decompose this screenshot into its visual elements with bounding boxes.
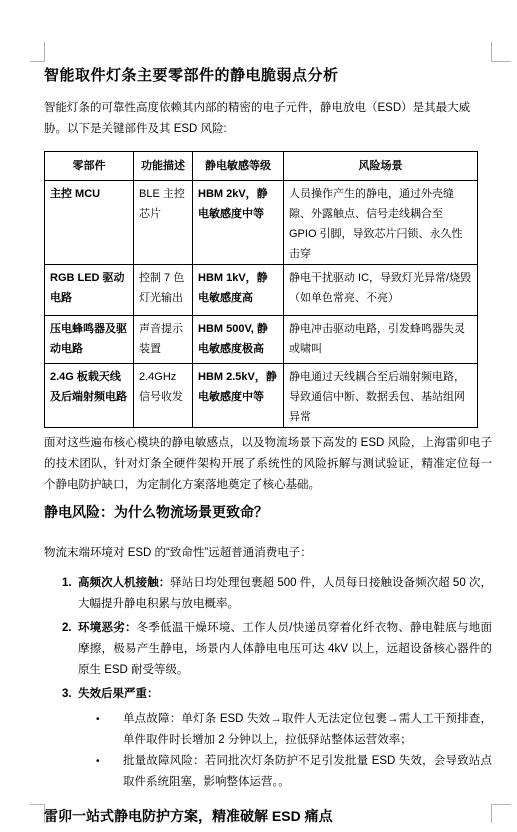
bullet-text: 批量故障风险：若同批次灯条防护不足引发批量 ESD 失效，会导致站点取件系统阻塞… bbox=[123, 751, 492, 793]
list-item: 1. 高频次人机接触：驿站日均处理包裹超 500 件，人员每日接触设备频次超 5… bbox=[44, 573, 492, 615]
bullet-item: • 单点故障：单灯条 ESD 失效→取件人无法定位包裹→需人工干预排查，单件取件… bbox=[44, 709, 492, 751]
header-part: 零部件 bbox=[45, 152, 134, 181]
list-item: 3. 失效后果严重： bbox=[44, 684, 492, 705]
list-item-body: 冬季低温干燥环境、工作人员/快递员穿着化纤衣物、静电鞋底与地面摩擦，极易产生静电… bbox=[78, 622, 492, 676]
bullet-icon: • bbox=[96, 751, 123, 793]
list-item-lead: 高频次人机接触： bbox=[78, 577, 170, 589]
cell-function: 控制 7 色灯光输出 bbox=[134, 265, 193, 316]
cell-sensitivity: HBM 2.5kV，静电敏感度中等 bbox=[193, 364, 284, 428]
list-item-lead: 失效后果严重： bbox=[78, 688, 159, 700]
table-row: RGB LED 驱动电路 控制 7 色灯光输出 HBM 1kV，静电敏感度高 静… bbox=[45, 265, 478, 316]
cell-part: 主控 MCU bbox=[45, 181, 134, 265]
cell-risk: 人员操作产生的静电，通过外壳缝隙、外露触点、信号走线耦合至 GPIO 引脚，导致… bbox=[284, 181, 478, 265]
cell-risk: 静电干扰驱动 IC，导致灯光异常/烧毁（如单色常亮、不亮） bbox=[284, 265, 478, 316]
list-item-number: 3. bbox=[62, 684, 78, 705]
corner-mark-bottom-left bbox=[30, 804, 45, 823]
header-sensitivity: 静电敏感等级 bbox=[193, 152, 284, 181]
cell-function: 2.4GHz 信号收发 bbox=[134, 364, 193, 428]
section-heading-esd-risk: 静电风险：为什么物流场景更致命？ bbox=[44, 502, 492, 522]
document-page: 智能取件灯条主要零部件的静电脆弱点分析 智能灯条的可靠性高度依赖其内部的精密的电… bbox=[0, 0, 517, 832]
cell-risk: 静电冲击驱动电路，引发蜂鸣器失灵或啸叫 bbox=[284, 316, 478, 364]
cell-part: 压电蜂鸣器及驱动电路 bbox=[45, 316, 134, 364]
bullet-item: • 批量故障风险：若同批次灯条防护不足引发批量 ESD 失效，会导致站点取件系统… bbox=[44, 751, 492, 793]
parts-risk-table: 零部件 功能描述 静电敏感等级 风险场景 主控 MCU BLE 主控芯片 HBM… bbox=[44, 151, 478, 428]
section-heading-solution: 雷卯一站式静电防护方案，精准破解 ESD 痛点 bbox=[44, 806, 492, 826]
cell-sensitivity: HBM 2kV，静电敏感度中等 bbox=[193, 181, 284, 265]
header-function: 功能描述 bbox=[134, 152, 193, 181]
corner-mark-bottom-right bbox=[491, 804, 511, 823]
cell-risk: 静电通过天线耦合至后端射频电路，导致通信中断、数据丢包、基站组网异常 bbox=[284, 364, 478, 428]
document-title: 智能取件灯条主要零部件的静电脆弱点分析 bbox=[44, 66, 492, 86]
list-item-text: 失效后果严重： bbox=[78, 684, 492, 705]
corner-mark-top-right bbox=[491, 42, 511, 62]
cell-part: RGB LED 驱动电路 bbox=[45, 265, 134, 316]
bullet-list: • 单点故障：单灯条 ESD 失效→取件人无法定位包裹→需人工干预排查，单件取件… bbox=[44, 709, 492, 793]
cell-part: 2.4G 板载天线及后端射频电路 bbox=[45, 364, 134, 428]
list-item-number: 2. bbox=[62, 618, 78, 681]
cell-function: BLE 主控芯片 bbox=[134, 181, 193, 265]
list-item-text: 环境恶劣：冬季低温干燥环境、工作人员/快递员穿着化纤衣物、静电鞋底与地面摩擦，极… bbox=[78, 618, 492, 681]
list-item-text: 高频次人机接触：驿站日均处理包裹超 500 件，人员每日接触设备频次超 50 次… bbox=[78, 573, 492, 615]
after-table-paragraph: 面对这些遍布核心模块的静电敏感点，以及物流场景下高发的 ESD 风险，上海雷卯电… bbox=[44, 433, 492, 496]
table-row: 主控 MCU BLE 主控芯片 HBM 2kV，静电敏感度中等 人员操作产生的静… bbox=[45, 181, 478, 265]
numbered-list: 1. 高频次人机接触：驿站日均处理包裹超 500 件，人员每日接触设备频次超 5… bbox=[44, 573, 492, 705]
section-lead-paragraph: 物流末端环境对 ESD 的“致命性”远超普通消费电子： bbox=[44, 543, 492, 564]
table-header-row: 零部件 功能描述 静电敏感等级 风险场景 bbox=[45, 152, 478, 181]
cell-sensitivity: HBM 1kV，静电敏感度高 bbox=[193, 265, 284, 316]
cell-sensitivity: HBM 500V, 静电敏感度极高 bbox=[193, 316, 284, 364]
cell-function: 声音提示装置 bbox=[134, 316, 193, 364]
bullet-text: 单点故障：单灯条 ESD 失效→取件人无法定位包裹→需人工干预排查，单件取件时长… bbox=[123, 709, 492, 751]
document-content: 智能取件灯条主要零部件的静电脆弱点分析 智能灯条的可靠性高度依赖其内部的精密的电… bbox=[44, 62, 492, 826]
bullet-icon: • bbox=[96, 709, 123, 751]
intro-paragraph: 智能灯条的可靠性高度依赖其内部的精密的电子元件，静电放电（ESD）是其最大威胁。… bbox=[44, 98, 492, 140]
header-risk: 风险场景 bbox=[284, 152, 478, 181]
table-row: 压电蜂鸣器及驱动电路 声音提示装置 HBM 500V, 静电敏感度极高 静电冲击… bbox=[45, 316, 478, 364]
list-item-number: 1. bbox=[62, 573, 78, 615]
list-item-lead: 环境恶劣： bbox=[78, 622, 137, 634]
table-row: 2.4G 板载天线及后端射频电路 2.4GHz 信号收发 HBM 2.5kV，静… bbox=[45, 364, 478, 428]
corner-mark-top-left bbox=[30, 42, 45, 62]
list-item: 2. 环境恶劣：冬季低温干燥环境、工作人员/快递员穿着化纤衣物、静电鞋底与地面摩… bbox=[44, 618, 492, 681]
